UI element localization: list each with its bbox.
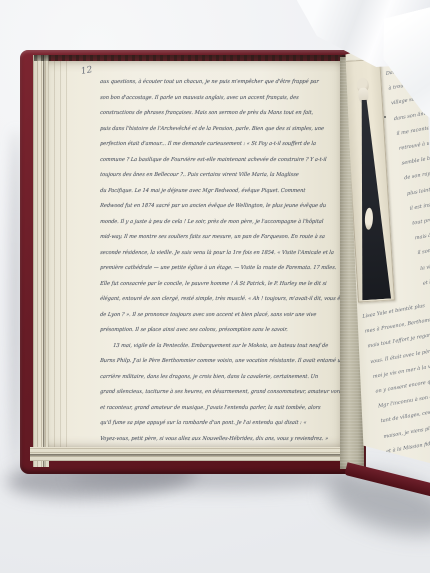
- page-edges-left: [33, 55, 49, 467]
- manuscript-line: présomption. Il se place ainsi avec ses …: [99, 323, 326, 339]
- manuscript-line: toujours des ânes en Bellecour ?.. Puis …: [99, 168, 326, 184]
- manuscript-line: qu'il fume sa pipe appuyé sur la rambard…: [99, 416, 326, 432]
- manuscript-paragraph: aux questions, à écouter tout un chacun,…: [100, 75, 342, 339]
- manuscript-paragraph: 13 mai, vigile de la Pentecôte. Embarque…: [100, 339, 342, 448]
- manuscript-line: de Lyon ? ». Il se prononce toujours ave…: [99, 308, 326, 324]
- manuscript-line: première cathédrale — une petite église …: [99, 261, 326, 277]
- handwritten-text-block: aux questions, à écouter tout un chacun,…: [100, 75, 342, 447]
- manuscript-line: seconde résidence, la vieille. Je suis v…: [99, 246, 326, 262]
- manuscript-line: Elle fut consacrée par le concile, le pa…: [99, 277, 326, 293]
- manuscript-line: aux questions, à écouter tout un chacun,…: [99, 75, 326, 91]
- page-edges-bottom: [30, 447, 354, 461]
- manuscript-line: Burns Philp. J'ai le Père Berthommier co…: [99, 354, 326, 370]
- left-manuscript-page: 12 aux questions, à écouter tout un chac…: [48, 61, 344, 447]
- manuscript-line: Voyez-vous, petit père, si vous allez au…: [99, 432, 326, 448]
- manuscript-line: carrière militaire, dans les dragons, je…: [99, 370, 326, 386]
- dust-speck: [384, 116, 386, 118]
- manuscript-line: perfection était d'amour... Il me demand…: [99, 137, 326, 153]
- manuscript-line: 13 mai, vigile de la Pentecôte. Embarque…: [99, 339, 326, 355]
- manuscript-line: mid-way. Il me montre ses souliers faits…: [99, 230, 326, 246]
- photograph-of-open-diary: 12 aux questions, à écouter tout un chac…: [0, 0, 430, 573]
- handwriting-below-photo: Lisez Yale et bientôt plusmes à Provence…: [361, 297, 430, 460]
- manuscript-line: son bon d'accostage. Il parle un mauvais…: [99, 91, 326, 107]
- manuscript-line: commune ? La basilique de Fourvière est-…: [99, 153, 326, 169]
- page-number: 12: [80, 65, 93, 77]
- manuscript-line: constructions de phrases françaises. Mai…: [99, 106, 326, 122]
- manuscript-line: et raconteur, grand amateur de musique. …: [99, 401, 326, 417]
- manuscript-line: puis dans l'histoire de l'Archevêché et …: [99, 122, 326, 138]
- manuscript-line: du Pacifique. Le 14 mai je déjeune avec …: [99, 184, 326, 200]
- manuscript-line: élégant, entouré de son clergé, resté si…: [99, 292, 326, 308]
- manuscript-line: Redwood fut en 1874 sacré par un ancien …: [99, 199, 326, 215]
- manuscript-line: monde. Il y a juste à peu de cela ! Le s…: [99, 215, 326, 231]
- manuscript-line: grand silencieux, taciturne à ses heures…: [99, 385, 326, 401]
